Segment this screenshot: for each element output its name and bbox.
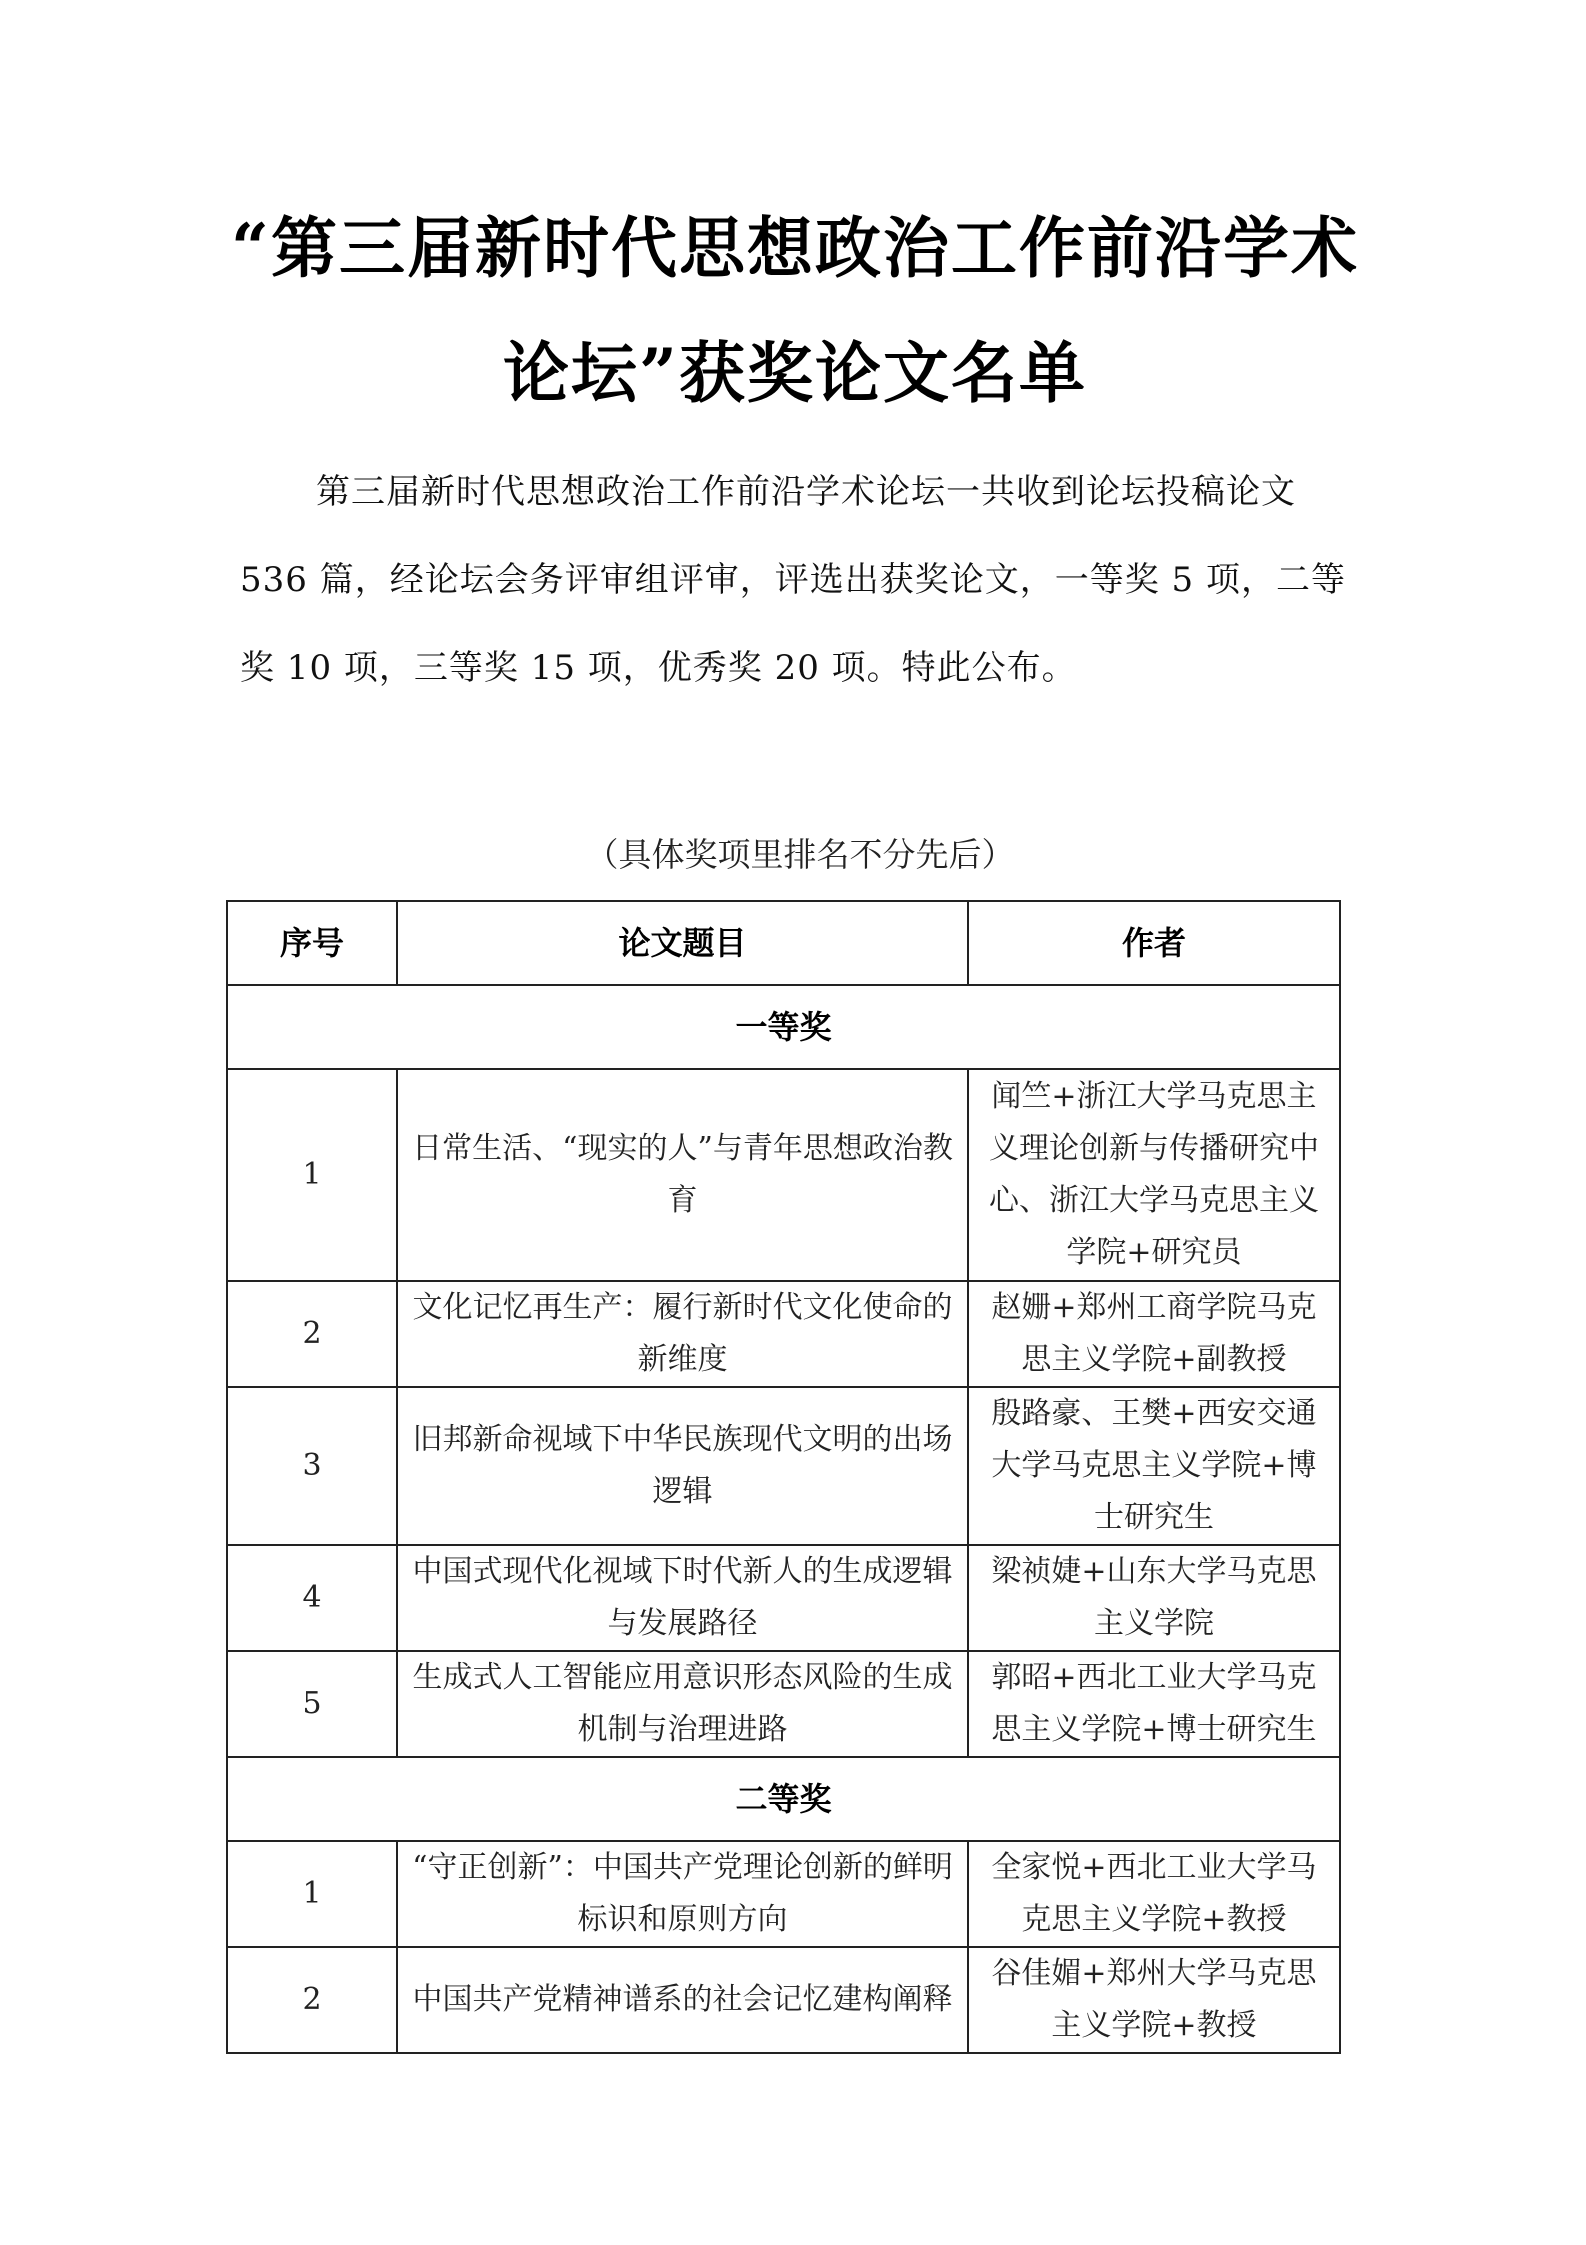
table-row: 2 中国共产党精神谱系的社会记忆建构阐释 谷佳媚+郑州大学马克思主义学院+教授 [227, 1947, 1340, 2053]
row-title: 旧邦新命视域下中华民族现代文明的出场逻辑 [397, 1387, 968, 1545]
section-label-second-prize: 二等奖 [227, 1757, 1340, 1841]
row-title: 中国共产党精神谱系的社会记忆建构阐释 [397, 1947, 968, 2053]
row-author: 殷路豪、王樊+西安交通大学马克思主义学院+博士研究生 [968, 1387, 1340, 1545]
intro-paragraph: 第三届新时代思想政治工作前沿学术论坛一共收到论坛投稿论文 536 篇，经论坛会务… [240, 448, 1360, 712]
table-row: 1 “守正创新”：中国共产党理论创新的鲜明标识和原则方向 全家悦+西北工业大学马… [227, 1841, 1340, 1947]
table-row: 4 中国式现代化视域下时代新人的生成逻辑与发展路径 梁祯婕+山东大学马克思主义学… [227, 1545, 1340, 1651]
row-author: 郭昭+西北工业大学马克思主义学院+博士研究生 [968, 1651, 1340, 1757]
document-title-line1: “第三届新时代思想政治工作前沿学术 [180, 215, 1410, 281]
row-title: 中国式现代化视域下时代新人的生成逻辑与发展路径 [397, 1545, 968, 1651]
row-index: 3 [227, 1387, 397, 1545]
table-row: 5 生成式人工智能应用意识形态风险的生成机制与治理进路 郭昭+西北工业大学马克思… [227, 1651, 1340, 1757]
document-page: “第三届新时代思想政治工作前沿学术 论坛”获奖论文名单 第三届新时代思想政治工作… [0, 0, 1586, 2245]
document-title-line2: 论坛”获奖论文名单 [180, 340, 1410, 406]
header-author: 作者 [968, 901, 1340, 985]
header-index: 序号 [227, 901, 397, 985]
row-index: 1 [227, 1841, 397, 1947]
row-title: 生成式人工智能应用意识形态风险的生成机制与治理进路 [397, 1651, 968, 1757]
section-row-first-prize: 一等奖 [227, 985, 1340, 1069]
section-row-second-prize: 二等奖 [227, 1757, 1340, 1841]
table-header-row: 序号 论文题目 作者 [227, 901, 1340, 985]
row-index: 5 [227, 1651, 397, 1757]
table-row: 3 旧邦新命视域下中华民族现代文明的出场逻辑 殷路豪、王樊+西安交通大学马克思主… [227, 1387, 1340, 1545]
row-author: 闻竺+浙江大学马克思主义理论创新与传播研究中心、浙江大学马克思主义学院+研究员 [968, 1069, 1340, 1281]
header-title: 论文题目 [397, 901, 968, 985]
table-row: 1 日常生活、“现实的人”与青年思想政治教育 闻竺+浙江大学马克思主义理论创新与… [227, 1069, 1340, 1281]
row-index: 2 [227, 1947, 397, 2053]
section-label-first-prize: 一等奖 [227, 985, 1340, 1069]
row-index: 4 [227, 1545, 397, 1651]
table-row: 2 文化记忆再生产：履行新时代文化使命的新维度 赵姗+郑州工商学院马克思主义学院… [227, 1281, 1340, 1387]
row-index: 2 [227, 1281, 397, 1387]
row-author: 谷佳媚+郑州大学马克思主义学院+教授 [968, 1947, 1340, 2053]
row-title: 文化记忆再生产：履行新时代文化使命的新维度 [397, 1281, 968, 1387]
row-index: 1 [227, 1069, 397, 1281]
row-author: 梁祯婕+山东大学马克思主义学院 [968, 1545, 1340, 1651]
row-title: 日常生活、“现实的人”与青年思想政治教育 [397, 1069, 968, 1281]
ranking-note: （具体奖项里排名不分先后） [240, 835, 1360, 875]
intro-paragraph-text: 第三届新时代思想政治工作前沿学术论坛一共收到论坛投稿论文 536 篇，经论坛会务… [240, 448, 1360, 712]
row-author: 全家悦+西北工业大学马克思主义学院+教授 [968, 1841, 1340, 1947]
row-author: 赵姗+郑州工商学院马克思主义学院+副教授 [968, 1281, 1340, 1387]
awards-table: 序号 论文题目 作者 一等奖 1 日常生活、“现实的人”与青年思想政治教育 闻竺… [226, 900, 1341, 2054]
row-title: “守正创新”：中国共产党理论创新的鲜明标识和原则方向 [397, 1841, 968, 1947]
